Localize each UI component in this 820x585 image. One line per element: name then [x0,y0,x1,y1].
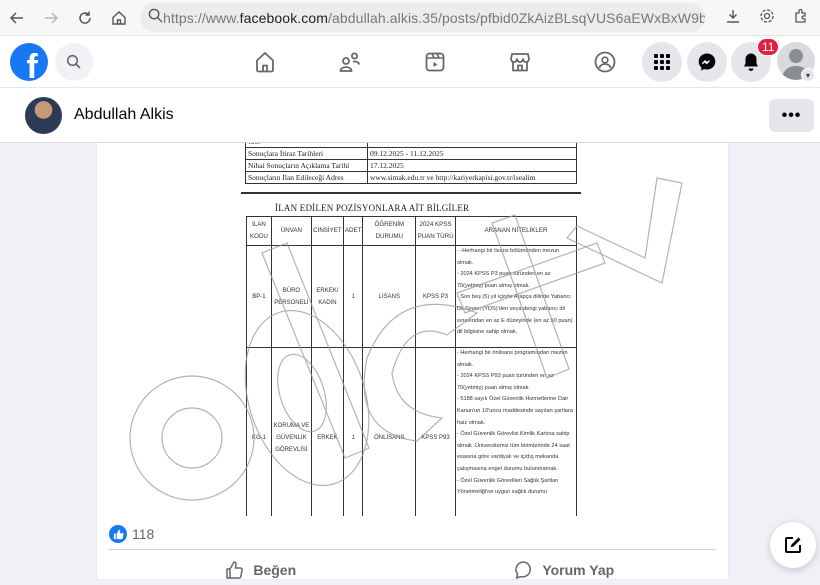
column-header: CİNSİYET [311,217,343,246]
compose-icon [783,535,803,555]
comment-label: Yorum Yap [542,562,614,578]
comment-button[interactable]: Yorum Yap [413,555,717,579]
like-reaction-icon [109,525,127,543]
tab-groups[interactable] [562,36,647,88]
settings-icon[interactable] [756,8,778,29]
table-cell: ERKEK/KADIN [311,246,343,348]
post-header: Abdullah Alkis ••• [0,88,820,143]
author-name[interactable]: Abdullah Alkis [74,106,174,124]
reaction-count: 118 [132,526,154,542]
groups-icon [593,50,617,74]
bell-icon [742,52,760,72]
table-row: KG-1KORUMA VEGÜVENLİKGÖREVLİSİERKEK1ÖNLİ… [247,348,577,517]
chevron-down-icon[interactable]: ▾ [801,68,815,82]
messenger-icon [697,52,717,72]
address-bar[interactable]: https://www.facebook.com/abdullah.alkis.… [140,3,705,32]
tab-friends[interactable] [307,36,392,88]
like-label: Beğen [253,562,296,578]
author-avatar[interactable] [25,97,62,134]
tab-marketplace[interactable] [477,36,562,88]
back-icon[interactable] [0,0,34,36]
info-table: TarihiSonuçlara İtiraz Tarihleri09.12.20… [245,143,577,184]
column-header: 2024 KPSSPUAN TÜRÜ [416,217,456,246]
column-header: ÜNVAN [271,217,311,246]
requirements-cell: - -Herhangi bir lisans bölümünden mezun … [455,246,576,348]
table-row: BP-1BÜROPERSONELİERKEK/KADIN1LİSANSKPSS … [247,246,577,348]
friends-icon [338,50,362,74]
tab-video[interactable] [392,36,477,88]
table-cell: ERKEK [311,348,343,517]
like-button[interactable]: Beğen [109,555,413,579]
search-button[interactable] [55,43,93,81]
table-cell: BÜROPERSONELİ [271,246,311,348]
info-row: Sonuçlara İtiraz Tarihleri09.12.2025 - 1… [246,148,577,160]
facebook-top-nav: f 11 ▾ [0,36,820,88]
info-value: 09.12.2025 - 11.12.2025 [368,148,577,160]
messenger-button[interactable] [687,42,727,82]
column-header: ÖĞRENİMDURUMU [363,217,416,246]
info-value: www.simak.edu.tr ve http://kariyerkapisi… [368,172,577,184]
menu-button[interactable] [642,42,682,82]
divider [241,192,581,194]
facebook-logo[interactable]: f [10,43,48,81]
info-label: Nihai Sonuçların Açıklama Tarihi [246,160,368,172]
info-label: Sonuçlara İtiraz Tarihleri [246,148,368,160]
extensions-icon[interactable] [790,8,812,29]
post-card: TarihiSonuçlara İtiraz Tarihleri09.12.20… [97,143,728,579]
reactions-summary[interactable]: 118 [109,525,154,543]
table-cell: ÖNLİSANS [363,348,416,517]
info-value: 17.12.2025 [368,160,577,172]
column-header: ADET [343,217,363,246]
browser-toolbar: https://www.facebook.com/abdullah.alkis.… [0,0,820,36]
home-icon[interactable] [102,0,136,36]
url-text: https://www.facebook.com/abdullah.alkis.… [163,10,705,26]
search-icon [66,54,82,70]
table-cell: KG-1 [247,348,272,517]
table-cell: 1 [343,246,363,348]
info-row: Sonuçların İlan Edileceği Adreswww.simak… [246,172,577,184]
notification-badge: 11 [757,38,779,56]
home-icon [253,50,277,74]
grid-menu-icon [653,53,671,71]
reload-icon[interactable] [68,0,102,36]
new-message-button[interactable] [770,522,816,568]
comment-icon [514,560,534,579]
column-header: İLANKODU [247,217,272,246]
divider [109,549,716,550]
info-row: Nihai Sonuçların Açıklama Tarihi17.12.20… [246,160,577,172]
table-cell: KPSS P93 [416,348,456,517]
info-label: Sonuçların İlan Edileceği Adres [246,172,368,184]
table-cell: LİSANS [363,246,416,348]
table-cell: KORUMA VEGÜVENLİKGÖREVLİSİ [271,348,311,517]
forward-icon[interactable] [34,0,68,36]
table-cell: 1 [343,348,363,517]
requirements-cell: - Herhangi bir önlisans programından mez… [455,348,576,517]
post-viewer: TarihiSonuçlara İtiraz Tarihleri09.12.20… [0,143,820,579]
download-icon[interactable] [722,8,744,29]
more-options-button[interactable]: ••• [769,99,814,132]
thumbs-up-icon [225,560,245,579]
table-cell: KPSS P3 [416,246,456,348]
video-icon [423,50,447,74]
tab-home[interactable] [222,36,307,88]
positions-table: İLANKODUÜNVANCİNSİYETADETÖĞRENİMDURUMU20… [246,216,577,516]
section-title: İLAN EDİLEN POZİSYONLARA AİT BİLGİLER [275,203,469,213]
table-cell: BP-1 [247,246,272,348]
post-image-document[interactable]: TarihiSonuçlara İtiraz Tarihleri09.12.20… [97,143,728,516]
column-header: ARANAN NİTELİKLER [455,217,576,246]
marketplace-icon [508,50,532,74]
search-icon [148,8,163,27]
